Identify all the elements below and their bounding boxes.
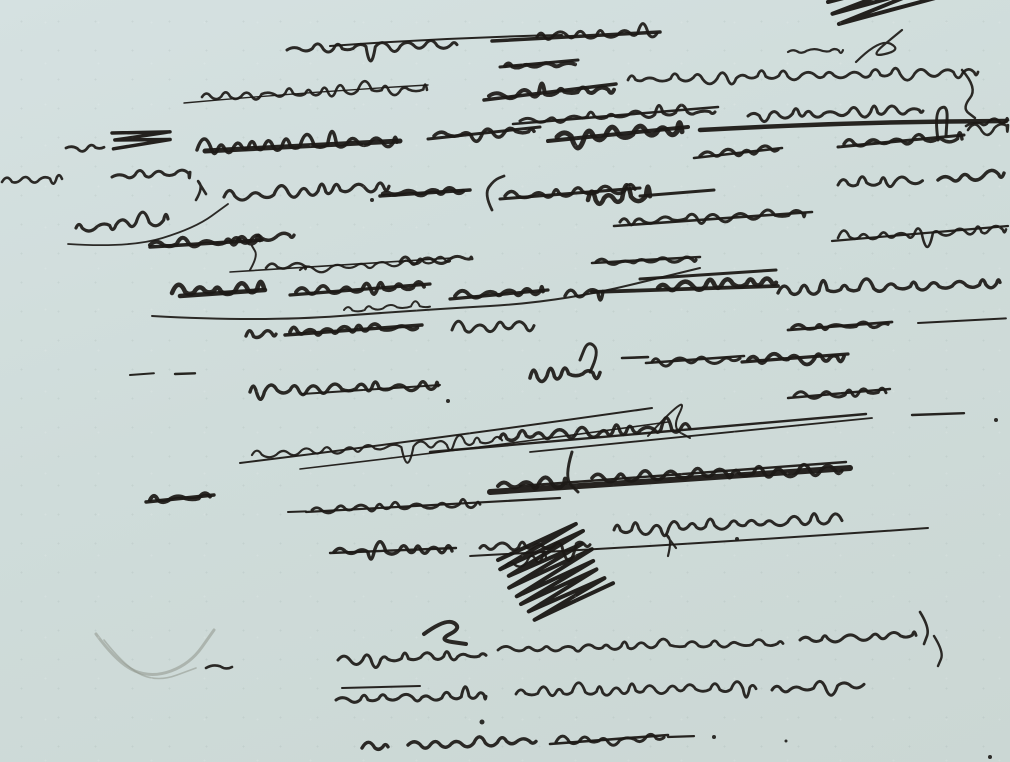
handwriting-script-stroke (76, 212, 168, 231)
ink-dot (988, 755, 992, 759)
ink-dash (622, 357, 648, 358)
ink-dot (785, 740, 788, 743)
handwriting-script-stroke (202, 81, 427, 99)
ink-dot (446, 399, 450, 403)
ink-dash (130, 373, 154, 375)
handwriting-script-stroke (224, 183, 389, 200)
ink-flourish (934, 636, 942, 666)
ink-dash (918, 318, 1006, 323)
handwriting-script-stroke (772, 681, 864, 695)
handwriting-script-stroke (112, 170, 190, 178)
ink-dot (370, 198, 374, 202)
ink-flourish (250, 246, 256, 270)
ink-flourish (580, 344, 596, 372)
strikethrough-line (230, 258, 452, 272)
ink-dot (735, 537, 739, 541)
ink-scribble-blot (828, 0, 939, 30)
handwriting-script-stroke (338, 652, 486, 668)
handwriting-script-stroke (498, 639, 783, 651)
handwriting-script-stroke (246, 331, 276, 338)
manuscript-scan (0, 0, 1010, 762)
handwriting-script-stroke (968, 124, 1008, 135)
strikethrough-line (430, 414, 866, 452)
ink-dot (712, 735, 716, 739)
strikethrough-line (513, 107, 718, 124)
handwriting-script-stroke (362, 742, 388, 749)
handwriting-script-stroke (452, 321, 534, 332)
ink-dot (480, 720, 485, 725)
ink-flourish (196, 181, 206, 200)
ink-dot (994, 418, 998, 422)
handwriting-script-stroke (788, 49, 843, 53)
handwriting-script-stroke (2, 175, 62, 184)
ink-dash (288, 511, 306, 512)
strikethrough-line (306, 498, 560, 512)
ink-flourish (487, 176, 504, 210)
handwriting-script-stroke (206, 665, 232, 668)
strikethrough-line (300, 422, 668, 469)
ink-scribble-blot (112, 127, 171, 149)
handwriting-script-stroke (516, 682, 756, 698)
ink-scribble-blot (495, 517, 613, 627)
strikethrough-line (342, 686, 420, 688)
strikethrough-line (530, 418, 872, 452)
manuscript-page-svg (0, 0, 1010, 762)
handwriting-script-stroke (778, 279, 1000, 294)
handwriting-script-stroke (336, 687, 486, 703)
handwriting-script-stroke (838, 177, 923, 187)
ink-flourish (856, 30, 902, 62)
ink-dash (175, 373, 195, 374)
handwriting-script-stroke (628, 68, 978, 84)
handwriting-script-stroke (800, 632, 916, 642)
ink-flourish (962, 70, 975, 118)
strikethrough-line (700, 121, 1006, 130)
handwriting-script-stroke (614, 514, 842, 536)
handwriting-script-stroke (66, 145, 104, 151)
handwriting-script-stroke (938, 170, 1004, 181)
ink-flourish (424, 622, 466, 644)
ink-dash (912, 413, 964, 415)
ink-flourish (68, 204, 228, 245)
ink-dash (668, 736, 694, 737)
handwriting-script-stroke (748, 106, 923, 122)
handwriting-layer (2, 0, 1008, 759)
strikethrough-line (640, 270, 776, 279)
ink-flourish (920, 612, 928, 644)
handwriting-script-stroke (408, 737, 536, 748)
